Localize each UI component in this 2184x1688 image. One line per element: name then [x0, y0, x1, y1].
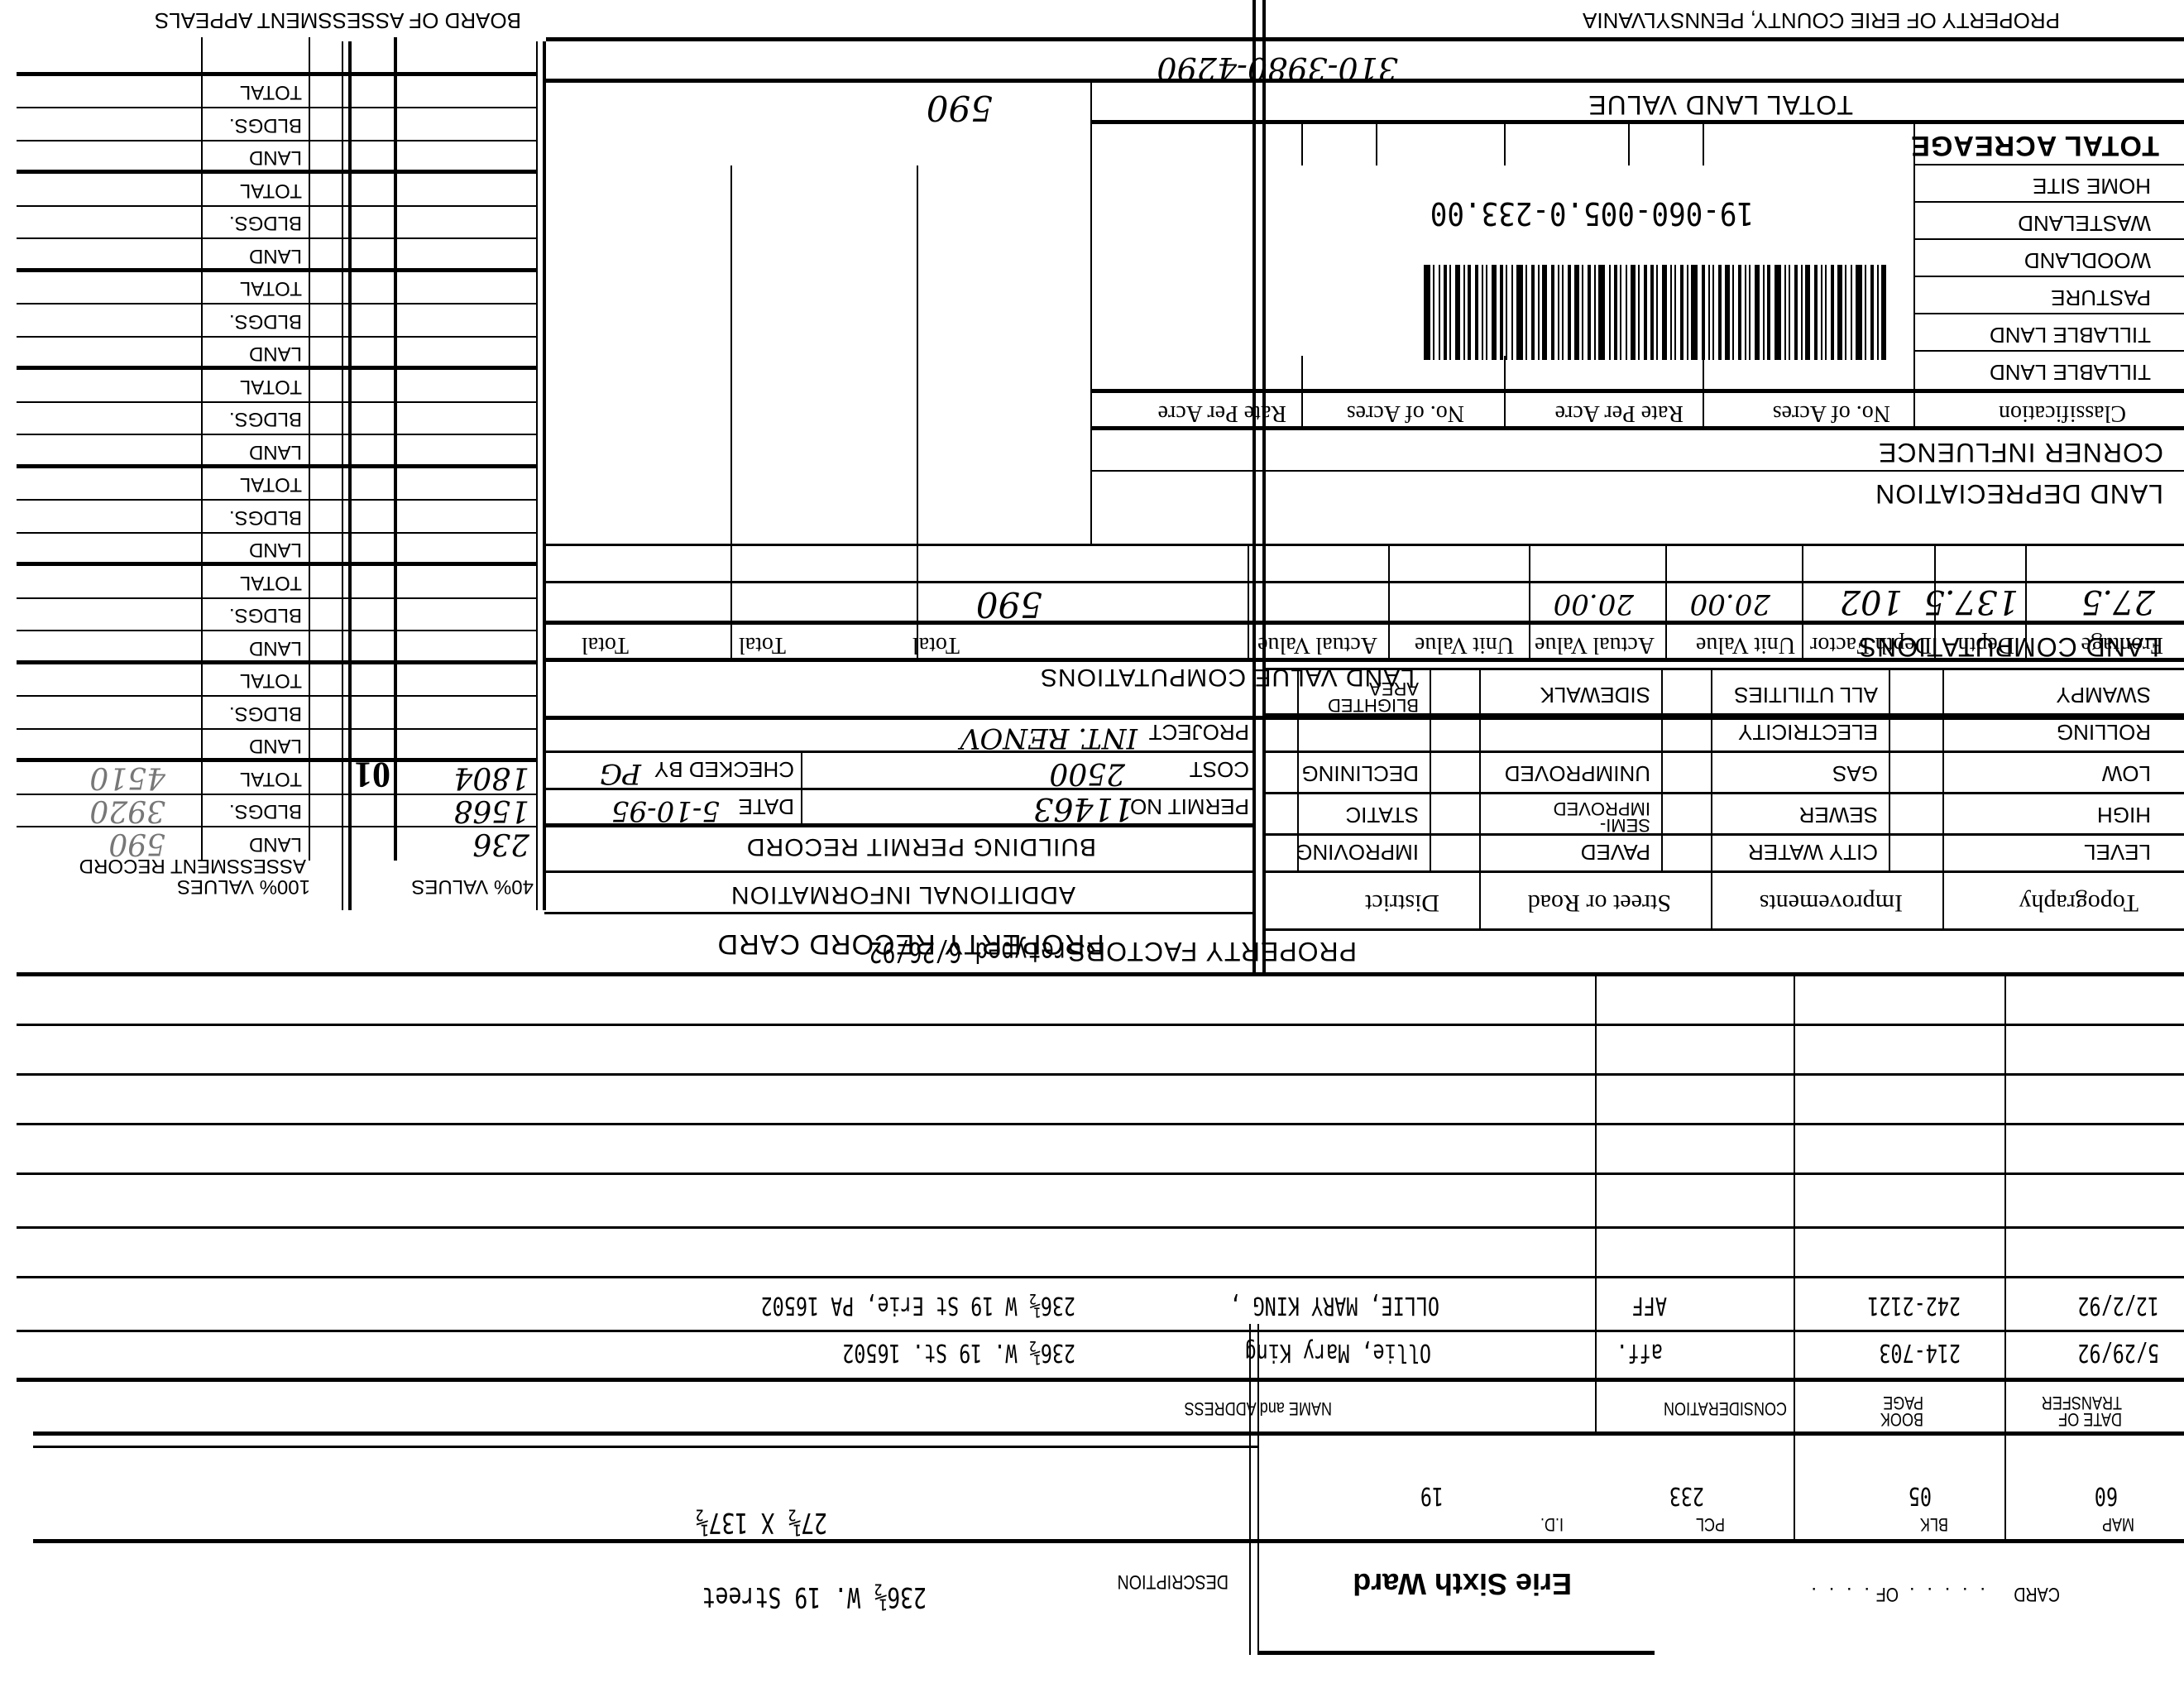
barcode-icon: [1233, 265, 1886, 360]
rule: [17, 532, 538, 534]
checked-by-value: PG: [600, 757, 641, 790]
building-permit-title: BUILDING PERMIT RECORD: [746, 832, 1096, 861]
topo-swampy: SWAMPY: [2056, 682, 2151, 707]
rule: [17, 170, 538, 175]
street-sidewalk: SIDEWALK: [1540, 682, 1650, 707]
col-date-of-transfer: DATE OF TRANSFER: [2027, 1394, 2122, 1427]
rule: [17, 1172, 2184, 1175]
rule: [17, 1073, 2184, 1076]
class-wasteland: WASTELAND: [2018, 210, 2151, 236]
district-declining: DECLINING: [1301, 760, 1419, 786]
impr-all-utilities: ALL UTILITIES: [1734, 682, 1878, 707]
permit-date-value: 5-10-95: [611, 794, 720, 827]
col-depth: Depth: [1958, 631, 2014, 658]
rule: [1092, 389, 2184, 393]
rule: [17, 1024, 2184, 1026]
assessment-row-label: TOTAL: [240, 277, 302, 300]
street-paved: PAVED: [1581, 839, 1650, 865]
property-factors-title: PROPERTY FACTORS: [1067, 936, 1357, 966]
col-improvements: Improvements: [1760, 889, 1903, 917]
divider: [1252, 0, 1256, 976]
divider: [394, 37, 397, 861]
divider: [1889, 670, 1890, 873]
col-consideration: CONSIDERATION: [1664, 1398, 1787, 1419]
forty-bldgs: 1568: [453, 794, 529, 827]
cost-label: COST: [1190, 756, 1249, 782]
col-depth-factor: Depth Factor: [1810, 631, 1932, 658]
rule: [17, 563, 538, 567]
rule: [1092, 426, 2184, 430]
total-acreage-label: TOTAL ACREAGE: [1910, 129, 2159, 161]
handwritten-reference: 310-3980-4290: [1157, 50, 1398, 87]
rule: [17, 268, 538, 272]
divider: [1504, 124, 1506, 165]
rule: [1266, 750, 2184, 753]
assessment-row-label: LAND: [249, 539, 302, 562]
rule: [17, 728, 538, 730]
total-value: 590: [976, 584, 1042, 625]
assessment-row-label: TOTAL: [240, 669, 302, 693]
project-value: INT. RENOV: [960, 722, 1137, 755]
rule: [33, 1539, 2184, 1543]
pcl-label: PCL: [1696, 1513, 1725, 1535]
permit-date-label: DATE: [739, 794, 794, 819]
assessment-row-label: TOTAL: [240, 81, 302, 104]
rule: [1092, 470, 2184, 472]
impr-sewer: SEWER: [1799, 802, 1878, 827]
description-address: 236½ W. 19 Street: [702, 1580, 927, 1614]
col-rate-per-acre: Rate Per Acre: [1555, 400, 1684, 426]
rule: [546, 658, 2184, 662]
divider: [1628, 124, 1630, 165]
col-no-of-acres: No. of Acres: [1773, 400, 1890, 426]
board-label: BOARD OF ASSESSMENT APPEALS: [155, 7, 521, 33]
col-name-address: NAME and ADDRESS: [1185, 1398, 1332, 1419]
assessment-row-label: TOTAL: [240, 179, 302, 202]
transfer-name: OLLIE, MARY KING ,: [1229, 1291, 1439, 1320]
divider: [1665, 546, 1667, 662]
transfer-consideration: AFF: [1632, 1291, 1667, 1320]
rule: [1092, 120, 2184, 124]
divider: [1376, 124, 1377, 165]
divider: [1802, 546, 1803, 662]
rule: [546, 716, 2184, 720]
rule: [17, 336, 538, 338]
divider: [1301, 356, 1303, 430]
divider: [1301, 124, 1303, 165]
divider: [1595, 972, 1597, 1436]
assessment-row-label: BLDGS.: [229, 212, 302, 235]
col-total-1: Total: [912, 631, 960, 658]
divider: [1794, 972, 1795, 1436]
assessment-row-label: LAND: [249, 343, 302, 366]
class-home-site: HOME SITE: [2033, 173, 2151, 199]
assessment-row-label: TOTAL: [240, 767, 302, 790]
impr-gas: GAS: [1832, 760, 1878, 786]
project-label: PROJECT: [1149, 719, 1249, 745]
assessment-row-label: BLDGS.: [229, 800, 302, 823]
rule: [17, 1378, 2184, 1382]
col-frontage: Frontage: [2081, 631, 2163, 658]
district-improving: IMPROVING: [1296, 839, 1419, 865]
id-value: 19: [1420, 1481, 1444, 1510]
assessment-row-label: LAND: [249, 146, 302, 170]
rule: [546, 544, 2184, 546]
divider: [1711, 670, 1712, 931]
of-label: OF: [1876, 1582, 1899, 1605]
rule: [17, 500, 538, 501]
divider: [730, 165, 732, 662]
change-marker: 01: [354, 754, 390, 796]
of-dots: . . . .: [1808, 1582, 1870, 1605]
description-label: DESCRIPTION: [1118, 1570, 1228, 1593]
rule: [33, 1446, 1257, 1448]
rule: [17, 238, 538, 240]
rule: [17, 1123, 2184, 1125]
depth-value: 137.5: [1923, 583, 2019, 621]
rule: [546, 37, 2184, 41]
assessment-row-label: BLDGS.: [229, 309, 302, 333]
rule: [1915, 350, 2184, 352]
rule: [544, 788, 1256, 790]
rule: [544, 750, 1256, 753]
rule: [544, 912, 1256, 914]
rule: [17, 464, 538, 468]
corner-influence-label: CORNER INFLUENCE: [1878, 437, 2163, 468]
topo-rolling: ROLLING: [2057, 719, 2151, 745]
col-rate-per-acre-2: Rate Per Acre: [1158, 400, 1287, 426]
card-label: CARD: [2014, 1582, 2060, 1605]
barcode-number: 19-060-005.0-233.00: [1430, 195, 1754, 232]
class-tillable-land-2: TILLABLE LAND: [1990, 322, 2151, 348]
rule: [17, 205, 538, 207]
divider: [1249, 1324, 1251, 1655]
total-land-value-amount: 590: [927, 88, 993, 128]
rule: [546, 621, 2184, 625]
divider: [1529, 546, 1530, 662]
land-depreciation-label: LAND DEPRECIATION: [1875, 478, 2163, 509]
topo-high: HIGH: [2097, 802, 2151, 827]
permit-value: 11463: [1033, 791, 1133, 827]
transfer-book-page: 214-703: [1879, 1338, 1961, 1367]
divider: [1479, 670, 1481, 931]
assessment-row-label: TOTAL: [240, 375, 302, 398]
assessment-row-label: BLDGS.: [229, 702, 302, 725]
rule: [1266, 833, 2184, 836]
ward-title: Erie Sixth Ward: [1353, 1566, 1572, 1601]
assessment-row-label: LAND: [249, 735, 302, 758]
divider: [309, 37, 310, 861]
rule: [1266, 928, 2184, 931]
col-book-page: BOOK PAGE: [1869, 1394, 1923, 1427]
divider: [1090, 83, 1092, 546]
blk-value: 05: [1909, 1481, 1932, 1510]
rule: [1915, 201, 2184, 203]
rule: [17, 434, 538, 436]
id-label: I.D.: [1540, 1513, 1564, 1535]
forty-total: 1804: [453, 760, 529, 794]
rule: [544, 870, 1256, 873]
rule: [17, 72, 538, 76]
divider: [2025, 546, 2027, 662]
rule: [1915, 238, 2184, 240]
col-unit-value: Unit Value: [1696, 631, 1795, 658]
class-pasture: PASTURE: [2051, 285, 2151, 310]
street-unimproved: UNIMPROVED: [1505, 760, 1650, 786]
assessment-row-label: BLDGS.: [229, 113, 302, 137]
assessment-row-label: BLDGS.: [229, 408, 302, 431]
impr-city-water: CITY WATER: [1748, 839, 1878, 865]
divider: [1913, 124, 1915, 430]
property-of-label: PROPERTY OF ERIE COUNTY, PENNSYLVANIA: [1583, 7, 2060, 33]
transfer-book-page: 242-2121: [1867, 1291, 1961, 1320]
col-total-3: Total: [582, 631, 629, 658]
col-no-of-acres-2: No. of Acres: [1347, 400, 1464, 426]
blk-label: BLK: [1920, 1513, 1948, 1535]
divider: [201, 37, 203, 861]
divider: [1430, 670, 1431, 873]
divider: [1262, 0, 1266, 976]
permit-label: PERMIT NO.: [1124, 794, 1249, 819]
divider: [2004, 972, 2006, 1436]
frontage-value: 27.5: [2081, 583, 2155, 621]
total-land-value-label: TOTAL LAND VALUE: [1588, 89, 1853, 120]
col-actual-value: Actual Value: [1535, 631, 1655, 658]
divider: [1661, 670, 1663, 873]
topo-level: LEVEL: [2084, 839, 2151, 865]
assessment-row-label: LAND: [249, 636, 302, 659]
pcl-value: 233: [1669, 1481, 1704, 1510]
unit-value: 20.00: [1690, 587, 1770, 621]
rule: [17, 108, 538, 109]
class-tillable-land-1: TILLABLE LAND: [1990, 359, 2151, 385]
rule: [17, 1330, 2184, 1332]
transfer-name: Ollie, Mary King: [1245, 1338, 1431, 1367]
hundred-land: 590: [108, 827, 165, 861]
topo-low: LOW: [2102, 760, 2151, 786]
rule: [17, 696, 538, 698]
divider: [1257, 1324, 1259, 1655]
property-record-card: CARD . . . . . OF . . . . Erie Sixth War…: [0, 0, 2184, 1688]
col-unit-value-2: Unit Value: [1415, 631, 1514, 658]
forty-percent-label: 40% VALUES: [411, 875, 534, 898]
impr-electricity: ELECTRICITY: [1738, 719, 1878, 745]
checked-by-label: CHECKED BY: [654, 756, 794, 782]
assessment-row-label: BLDGS.: [229, 506, 302, 529]
rule: [17, 631, 538, 632]
hundred-percent-label: 100% VALUES: [177, 875, 310, 898]
map-label: MAP: [2102, 1513, 2134, 1535]
transfer-date: 5/29/92: [2077, 1338, 2159, 1367]
divider: [1388, 546, 1390, 662]
rule: [1915, 313, 2184, 314]
rule: [1266, 792, 2184, 794]
map-value: 60: [2095, 1481, 2118, 1510]
rule: [17, 140, 538, 141]
rule: [17, 401, 538, 403]
rule: [1266, 870, 2184, 873]
divider: [1248, 546, 1249, 662]
depth-factor-value: 102: [1840, 583, 1903, 621]
assessment-row-label: TOTAL: [240, 473, 302, 496]
divider: [1942, 670, 1944, 931]
additional-info-title: ADDITIONAL INFORMATION: [730, 880, 1075, 909]
divider: [1703, 124, 1704, 165]
actual-value: 20.00: [1554, 587, 1634, 621]
col-street-road: Street or Road: [1528, 889, 1671, 917]
transfer-address: 236½ W. 19 St. 16502: [842, 1338, 1075, 1367]
class-woodland: WOODLAND: [2024, 247, 2151, 273]
rule: [546, 581, 2184, 583]
col-topography: Topography: [2019, 889, 2138, 917]
hundred-total: 4510: [89, 760, 165, 794]
rule: [17, 597, 538, 599]
transfer-address: 236½ W 19 St Erie, PA 16502: [761, 1291, 1075, 1320]
divider: [917, 165, 918, 662]
card-title: PROPERTY RECORD CARD: [717, 928, 1104, 960]
divider: [1703, 356, 1704, 430]
land-value-title: LAND VALUE COMPUTATIONS: [1040, 663, 1415, 691]
card-dots: . . . . .: [1906, 1582, 1985, 1605]
rule: [17, 367, 538, 371]
rule: [17, 660, 538, 664]
street-semi-improved: SEMI-IMPROVED: [1543, 800, 1650, 833]
rule: [1915, 276, 2184, 277]
transfer-consideration: aff.: [1616, 1338, 1663, 1367]
description-dimensions: 27½ X 137½: [695, 1506, 827, 1539]
rule: [17, 1276, 2184, 1278]
forty-land: 236: [472, 827, 529, 861]
district-static: STATIC: [1345, 802, 1419, 827]
rule: [17, 304, 538, 305]
transfer-date: 12/2/92: [2077, 1291, 2159, 1320]
assessment-row-label: LAND: [249, 832, 302, 856]
rule: [1257, 1651, 1655, 1655]
assessment-row-label: LAND: [249, 244, 302, 267]
cost-value: 2500: [1049, 756, 1125, 790]
rule: [1915, 164, 2184, 165]
assessment-row-label: BLDGS.: [229, 604, 302, 627]
divider: [543, 41, 546, 910]
col-actual-value-2: Actual Value: [1257, 631, 1377, 658]
rule: [33, 1431, 2184, 1436]
rule: [17, 1226, 2184, 1229]
col-classification: Classification: [1999, 400, 2126, 426]
col-total-2: Total: [739, 631, 786, 658]
assessment-row-label: LAND: [249, 440, 302, 463]
assessment-row-label: TOTAL: [240, 571, 302, 594]
hundred-bldgs: 3920: [89, 794, 165, 827]
rule: [17, 972, 2184, 976]
col-district: District: [1365, 889, 1439, 917]
divider: [1504, 356, 1506, 430]
divider: [801, 753, 802, 827]
